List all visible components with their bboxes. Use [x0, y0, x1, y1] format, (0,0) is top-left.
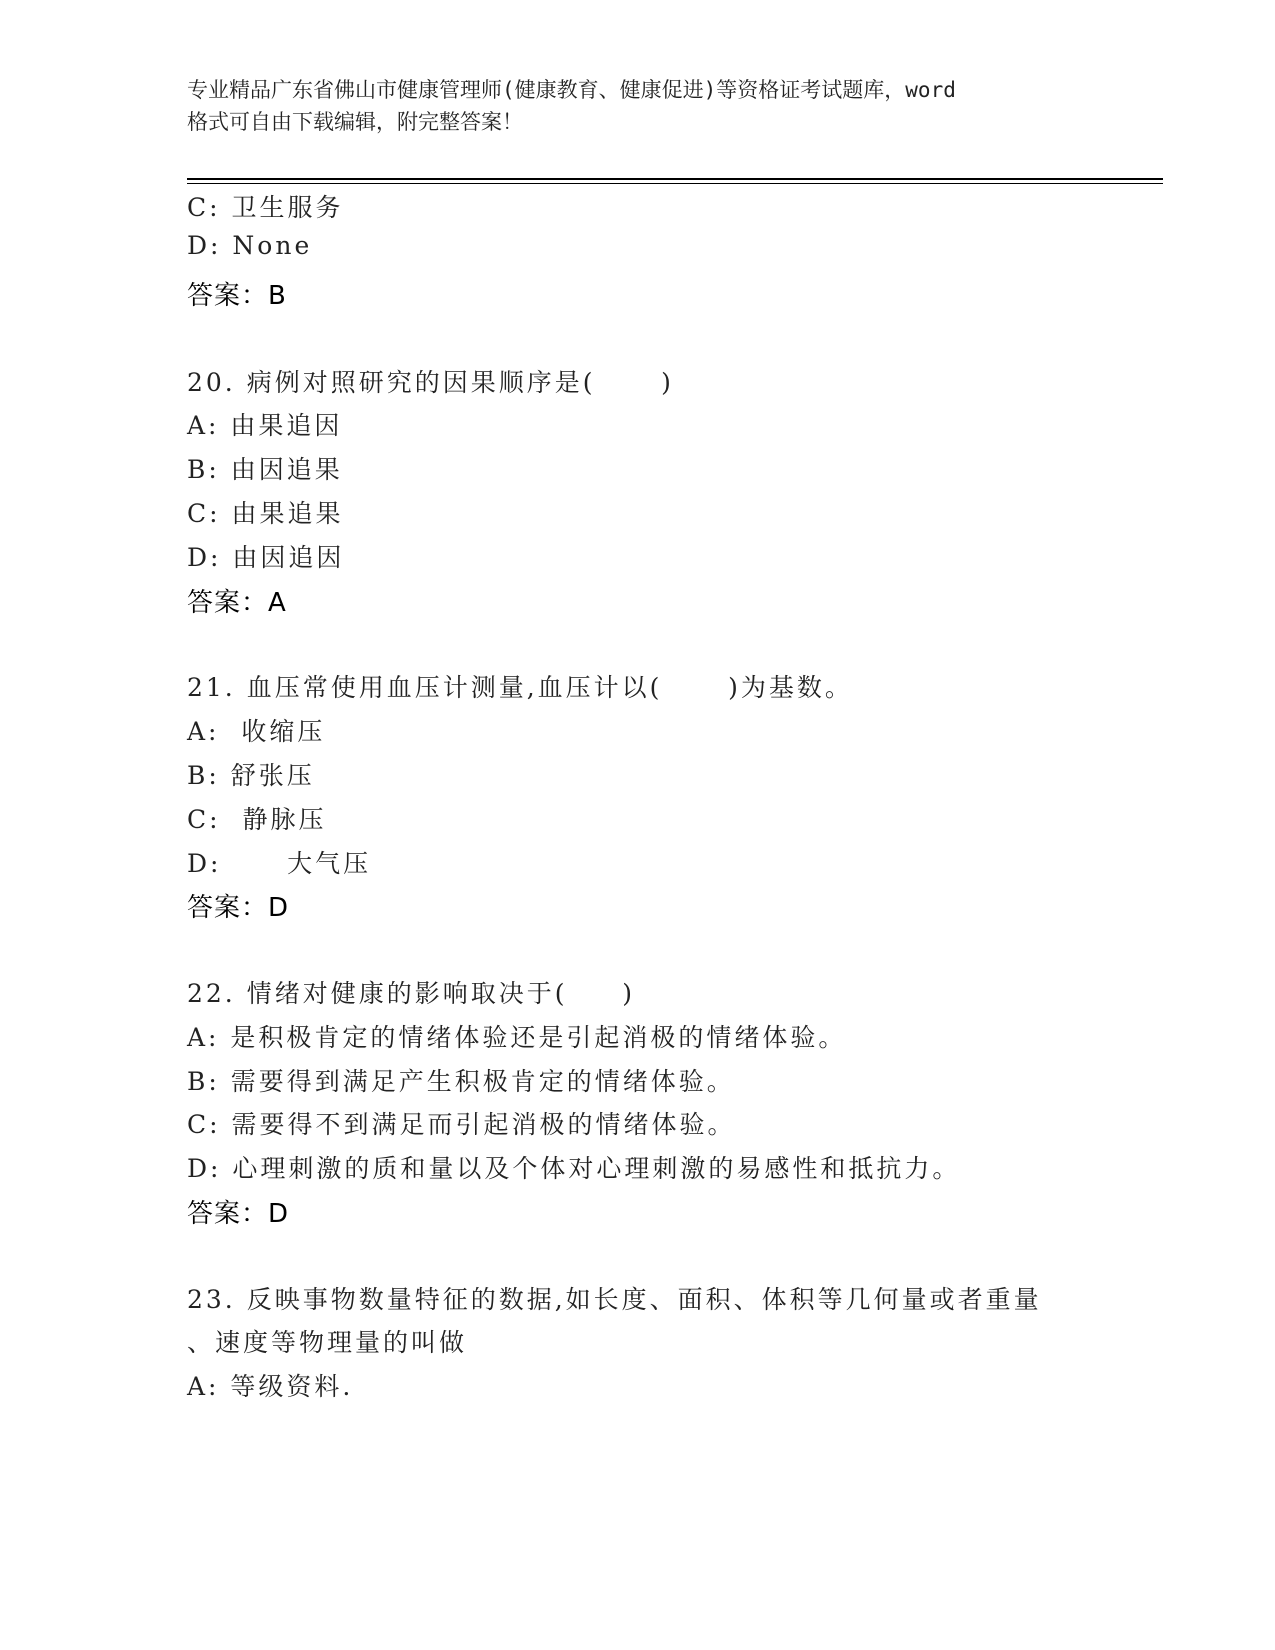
option-b: B: 需要得到满足产生积极肯定的情绪体验。	[187, 1062, 735, 1098]
question-stem-23-line-2: 、速度等物理量的叫做	[187, 1323, 467, 1359]
option-c: C: 由果追果	[187, 494, 344, 530]
header-rule-thick	[187, 178, 1163, 180]
option-d: D: None	[187, 231, 312, 260]
question-stem-22: 22. 情绪对健康的影响取决于( )	[187, 974, 635, 1010]
option-b: B: 由因追果	[187, 450, 343, 486]
option-c: C: 需要得不到满足而引起消极的情绪体验。	[187, 1105, 736, 1141]
answer-line: 答案：B	[187, 275, 287, 312]
option-a: A: 收缩压	[187, 712, 325, 748]
option-c: C: 静脉压	[187, 800, 326, 836]
option-c: C: 卫生服务	[187, 188, 344, 224]
question-stem-23-line-1: 23. 反映事物数量特征的数据,如长度、面积、体积等几何量或者重量	[187, 1280, 1042, 1316]
header-line-2: 格式可自由下载编辑，附完整答案！	[187, 106, 1087, 138]
question-stem-21: 21. 血压常使用血压计测量,血压计以( )为基数。	[187, 668, 853, 704]
option-a: A: 是积极肯定的情绪体验还是引起消极的情绪体验。	[187, 1018, 846, 1054]
question-stem-20: 20. 病例对照研究的因果顺序是( )	[187, 363, 674, 399]
document-page: 专业精品广东省佛山市健康管理师(健康教育、健康促进)等资格证考试题库，word …	[0, 0, 1275, 1650]
option-b: B: 舒张压	[187, 756, 315, 792]
page-header: 专业精品广东省佛山市健康管理师(健康教育、健康促进)等资格证考试题库，word …	[187, 74, 1087, 138]
header-line-1: 专业精品广东省佛山市健康管理师(健康教育、健康促进)等资格证考试题库，word	[187, 74, 1087, 106]
answer-line: 答案：A	[187, 582, 287, 619]
option-d: D: 由因追因	[187, 538, 344, 574]
option-d: D: 大气压	[187, 844, 371, 880]
answer-line: 答案：D	[187, 887, 289, 924]
option-a: A: 由果追因	[187, 406, 342, 442]
header-rule-thin	[187, 183, 1163, 184]
answer-line: 答案：D	[187, 1193, 289, 1230]
option-a: A: 等级资料.	[187, 1367, 353, 1403]
option-d: D: 心理刺激的质和量以及个体对心理刺激的易感性和抵抗力。	[187, 1149, 960, 1185]
